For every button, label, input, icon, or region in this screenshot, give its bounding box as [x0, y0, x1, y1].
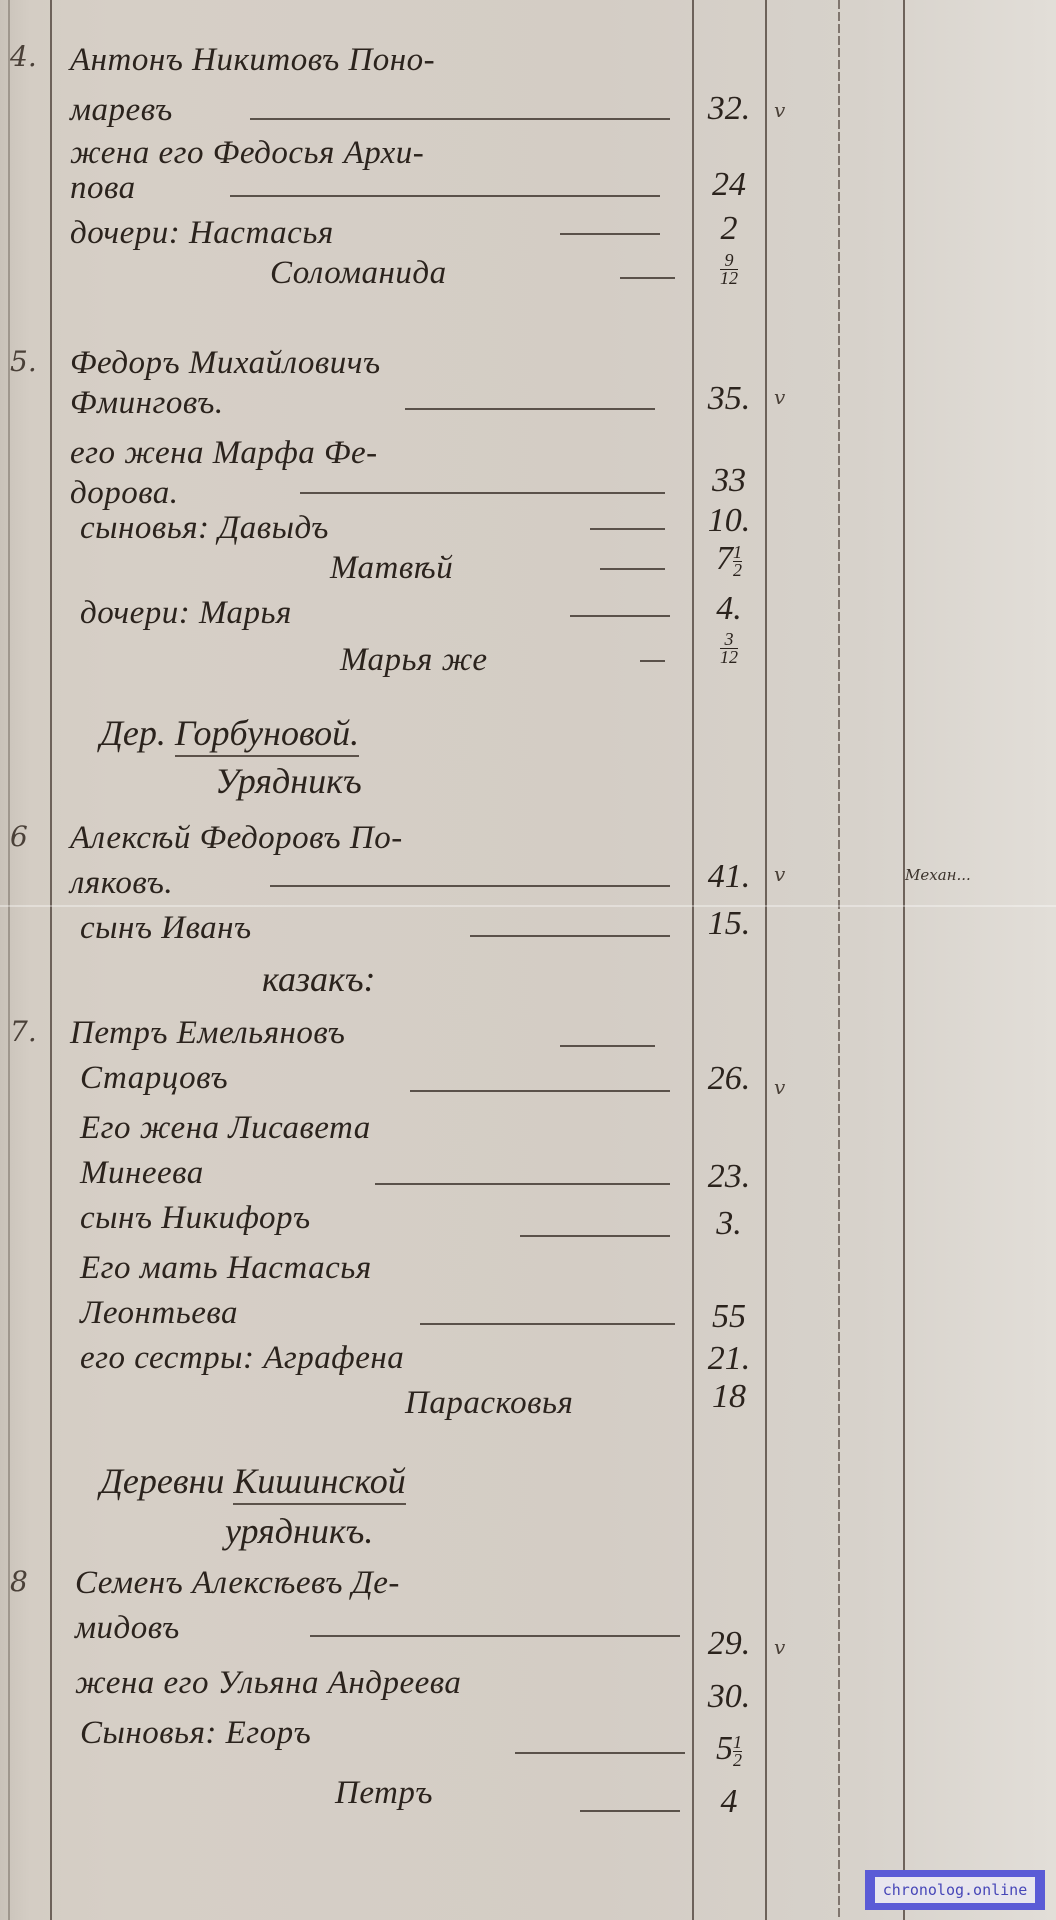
heading-prefix: Дер. [100, 713, 166, 753]
entry-line: Его жена Лисавета [80, 1110, 371, 1147]
age-fraction: 912 [696, 248, 762, 287]
fraction-denominator: 2 [733, 561, 742, 579]
entry-line: Алексѣй Федоровъ По- [70, 820, 403, 857]
entry-line: Семенъ Алексѣевъ Де- [75, 1565, 400, 1602]
fraction-denominator: 2 [733, 1751, 742, 1769]
dash-leader [310, 1635, 680, 1637]
entry-line: Старцовъ [80, 1060, 228, 1097]
entry-line: Парасковья [405, 1385, 573, 1422]
entry-line: дочери: Марья [80, 595, 292, 632]
watermark-badge: chronolog.online [865, 1870, 1045, 1910]
entry-line: сынъ Иванъ [80, 910, 252, 947]
entry-line: жена его Федосья Архи- [70, 135, 424, 172]
age-column-right-rule [765, 0, 767, 1920]
age-column-left-rule [692, 0, 694, 1920]
age-fraction: 312 [696, 627, 762, 666]
dash-leader [405, 408, 655, 410]
age-value: 26. [696, 1060, 762, 1098]
check-mark: v [774, 98, 785, 122]
dash-leader [470, 935, 670, 937]
entry-line: Федоръ Михайловичъ [70, 345, 381, 382]
age-value: 41. [696, 858, 762, 896]
rank-heading: урядникъ. [225, 1510, 373, 1552]
age-value: 15. [696, 905, 762, 943]
entry-line: мидовъ [75, 1610, 180, 1647]
dash-leader [590, 528, 665, 530]
age-fraction: 512 [696, 1730, 762, 1769]
entry-number: 8 [10, 1565, 46, 1598]
dash-leader [620, 277, 675, 279]
age-whole: 7 [716, 540, 733, 577]
entry-line: его жена Марфа Фе- [70, 435, 378, 472]
age-fraction: 712 [696, 540, 762, 579]
check-mark: v [774, 862, 785, 886]
entry-line: пова [70, 170, 136, 207]
check-mark: v [774, 1075, 785, 1099]
dash-leader [520, 1235, 670, 1237]
entry-line: дочери: Настасья [70, 215, 334, 252]
entry-line: сынъ Никифоръ [80, 1200, 311, 1237]
fraction-numerator: 3 [720, 631, 738, 648]
age-value: 10. [696, 502, 762, 540]
age-value: 30. [696, 1678, 762, 1716]
entry-line: Сыновья: Егоръ [80, 1715, 311, 1752]
dash-leader [375, 1183, 670, 1185]
age-value: 32. [696, 90, 762, 128]
heading-prefix: Деревни [100, 1461, 224, 1501]
age-value: 55 [696, 1298, 762, 1336]
entry-line: Матвѣй [330, 550, 453, 587]
age-value: 35. [696, 380, 762, 418]
entry-line: маревъ [70, 92, 173, 129]
entry-line: его сестры: Аграфена [80, 1340, 404, 1377]
entry-line: Марья же [340, 642, 488, 679]
dash-leader [270, 885, 670, 887]
entry-line: ляковъ. [70, 865, 173, 902]
entry-line: Антонъ Никитовъ Поно- [70, 42, 435, 79]
entry-line: Леонтьева [80, 1295, 238, 1332]
dash-leader [250, 118, 670, 120]
fraction-denominator: 12 [720, 269, 738, 287]
entry-line: жена его Ульяна Андреева [75, 1665, 461, 1702]
rank-heading: казакъ: [262, 958, 376, 1000]
notes-column-rule [903, 0, 905, 1920]
column-rule-3 [838, 0, 840, 1920]
entry-line: Соломанида [270, 255, 447, 292]
rank-heading: Урядникъ [215, 760, 362, 802]
dash-leader [515, 1752, 685, 1754]
age-value: 3. [696, 1205, 762, 1243]
entry-line: сыновья: Давыдъ [80, 510, 329, 547]
entry-number: 6 [10, 820, 46, 853]
fraction-numerator: 1 [733, 544, 742, 561]
fraction-denominator: 12 [720, 648, 738, 666]
dash-leader [560, 233, 660, 235]
check-mark: v [774, 1635, 785, 1659]
entry-line: Минеева [80, 1155, 204, 1192]
margin-rule [50, 0, 52, 1920]
entry-number: 7. [10, 1015, 46, 1048]
entry-line: Петръ [335, 1775, 433, 1812]
page-edge-rule [8, 0, 10, 1920]
age-value: 33 [696, 462, 762, 500]
entry-line: дорова. [70, 475, 179, 512]
dash-leader [300, 492, 665, 494]
age-value: 4 [696, 1783, 762, 1821]
dash-leader [420, 1323, 675, 1325]
dash-leader [570, 615, 670, 617]
dash-leader [580, 1810, 680, 1812]
age-value: 23. [696, 1158, 762, 1196]
fraction-numerator: 9 [720, 252, 738, 269]
paper-fold [0, 905, 1056, 907]
dash-leader [560, 1045, 655, 1047]
entry-line: Фминговъ. [70, 385, 224, 422]
fraction-numerator: 1 [733, 1734, 742, 1751]
age-value: 4. [696, 590, 762, 628]
village-name: Горбуновой. [175, 713, 359, 757]
dash-leader [410, 1090, 670, 1092]
village-heading: Дер. Горбуновой. [100, 712, 359, 754]
age-value: 18 [696, 1378, 762, 1416]
watermark-text: chronolog.online [875, 1877, 1036, 1903]
dash-leader [230, 195, 660, 197]
age-value: 21. [696, 1340, 762, 1378]
age-value: 29. [696, 1625, 762, 1663]
village-name: Кишинской [233, 1461, 405, 1505]
margin-note: Механ... [905, 866, 971, 884]
age-whole: 5 [716, 1730, 733, 1767]
document-page: 4. Антонъ Никитовъ Поно- маревъ 32. v же… [0, 0, 1056, 1920]
entry-number: 4. [10, 40, 46, 73]
dash-leader [600, 568, 665, 570]
dash-leader [640, 660, 665, 662]
entry-number: 5. [10, 345, 46, 378]
entry-line: Его мать Настасья [80, 1250, 372, 1287]
entry-line: Петръ Емельяновъ [70, 1015, 345, 1052]
age-value: 2 [696, 210, 762, 248]
village-heading: Деревни Кишинской [100, 1460, 406, 1502]
check-mark: v [774, 385, 785, 409]
age-value: 24 [696, 166, 762, 204]
